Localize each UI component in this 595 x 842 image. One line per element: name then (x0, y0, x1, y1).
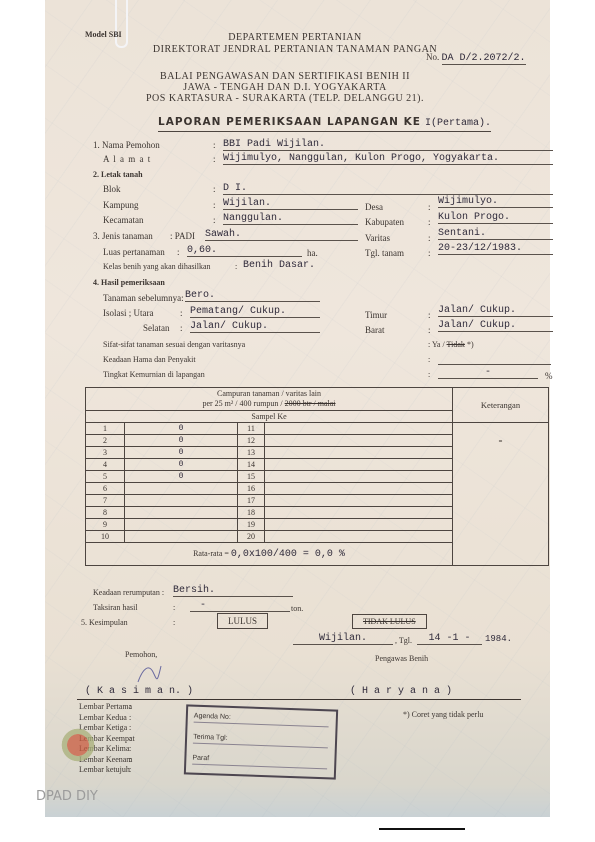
rata-label: Rata-rata = (193, 549, 229, 558)
rata-value: 0,0x100/400 = 0,0 % (231, 549, 345, 560)
taksiran-unit: ton. (291, 604, 303, 613)
kecamatan-label: Kecamatan (103, 215, 143, 225)
paperclip (115, 0, 128, 48)
sifat-label: Sifat-sifat tanaman sesuai dengan varita… (103, 340, 245, 349)
table-row: 1011 - (86, 423, 549, 435)
table-subheader-sampel: Sampel Ke (86, 411, 453, 423)
watermark: DPAD DIY (36, 789, 98, 804)
copy-item: Lembar Pertama (79, 702, 135, 713)
table-header-campuran: Campuran tanaman / varitas lain per 25 m… (86, 388, 453, 411)
utara-value: Pematang/ Cukup. (190, 306, 320, 318)
barat-label: Barat (365, 325, 385, 335)
jenis-value: Sawah. (205, 229, 358, 241)
nama-value: BBI Padi Wijilan. (223, 139, 553, 151)
office-line1: BALAI PENGAWASAN DAN SERTIFIKASI BENIH I… (125, 71, 445, 82)
receipt-stamp: Agenda No: Terima Tgl: Paraf (184, 704, 338, 779)
sifat-value: : Ya / Tidak *) (428, 340, 474, 349)
timur-value: Jalan/ Cukup. (438, 305, 553, 317)
kabupaten-label: Kabupaten (365, 217, 404, 227)
doc-number-label: No. (426, 52, 439, 62)
pemohon-name: ( K a s i m a n. ) (85, 686, 193, 697)
blok-label: Blok (103, 184, 121, 194)
stamp-terima: Terima Tgl: (193, 734, 328, 749)
sebelumnya-label: Tanaman sebelumnya: (103, 293, 184, 303)
tgl-tanam-label: Tgl. tanam (365, 248, 404, 258)
kesimpulan-label: 5. Kesimpulan (81, 618, 128, 627)
header-directorate: DIREKTORAT JENDRAL PERTANIAN TANAMAN PAN… (145, 44, 445, 55)
alamat-value: Wijimulyo, Nanggulan, Kulon Progo, Yogya… (223, 153, 553, 165)
kampung-value: Wijilan. (223, 198, 358, 210)
selatan-value: Jalan/ Cukup. (190, 321, 320, 333)
report-title-label: LAPORAN PEMERIKSAAN LAPANGAN KE (158, 116, 421, 128)
isolasi-label: Isolasi ; Utara (103, 308, 153, 318)
report-title-value: I(Pertama). (425, 118, 491, 129)
lulus-box: LULUS (217, 613, 268, 629)
kemurnian-label: Tingkat Kemurnian di lapangan (103, 370, 205, 379)
kelas-label: Kelas benih yang akan dihasilkan (103, 262, 211, 271)
jenis-label: 3. Jenis tanaman (93, 231, 153, 241)
doc-number-value: DA D/2.2072/2. (442, 53, 526, 65)
alamat-label: A l a m a t (103, 154, 151, 164)
timur-label: Timur (365, 310, 387, 320)
hama-label: Keadaan Hama dan Penyakit (103, 355, 196, 364)
luas-value: 0,60. (187, 245, 302, 257)
rerumputan-value: Bersih. (173, 585, 293, 597)
tgl-tanam-value: 20-23/12/1983. (438, 243, 553, 255)
luas-unit: ha. (307, 248, 318, 258)
copy-item: Lembar Kedua (79, 713, 135, 724)
varitas-label: Varitas (365, 233, 390, 243)
form-code: Model SBI (85, 30, 122, 39)
tgl-label: , Tgl. (395, 636, 412, 645)
kelas-value: Benih Dasar. (243, 260, 315, 271)
pemohon-label: Pemohon, (125, 650, 157, 659)
pemohon-signature (135, 662, 165, 686)
kecamatan-value: Nanggulan. (223, 213, 358, 225)
pengawas-label: Pengawas Benih (375, 654, 428, 663)
varitas-value: Sentani. (438, 228, 553, 240)
document-page: Model SBI DEPARTEMEN PERTANIAN DIREKTORA… (45, 0, 550, 817)
blok-value: D I. (223, 183, 553, 195)
desa-label: Desa (365, 202, 383, 212)
copy-item: Lembar ketujuh (79, 765, 135, 776)
luas-label: Luas pertanaman (103, 247, 165, 257)
selatan-label: Selatan (143, 323, 170, 333)
rerumputan-label: Keadaan rerumputan : (93, 588, 164, 597)
desa-value: Wijimulyo. (438, 196, 553, 208)
kemurnian-value: - (438, 367, 538, 379)
footnote: *) Coret yang tidak perlu (403, 710, 483, 719)
kemurnian-unit: % (545, 371, 553, 381)
taksiran-value: - (190, 600, 290, 612)
kampung-label: Kampung (103, 200, 139, 210)
jenis-prefix: PADI (175, 231, 195, 241)
sebelumnya-value: Bero. (185, 290, 320, 302)
stamp-agenda: Agenda No: (194, 713, 329, 728)
header-department: DEPARTEMEN PERTANIAN (195, 32, 395, 43)
sample-table: Campuran tanaman / varitas lain per 25 m… (85, 387, 549, 566)
table-header-keterangan: Keterangan (453, 388, 549, 423)
stamp-paraf: Paraf (192, 755, 327, 770)
hasil-heading: 4. Hasil pemeriksaan (93, 278, 165, 287)
emblem-stamp (59, 726, 97, 764)
nama-label: 1. Nama Pemohon (93, 140, 160, 150)
tidak-lulus-box: TIDAK LULUS (352, 614, 427, 629)
digital-signature-line (379, 828, 465, 830)
kabupaten-value: Kulon Progo. (438, 212, 553, 224)
hama-value (438, 364, 551, 365)
divider (77, 699, 521, 700)
barat-value: Jalan/ Cukup. (438, 320, 553, 332)
letak-heading: 2. Letak tanah (93, 170, 143, 179)
sign-year: 1984. (485, 634, 512, 644)
office-line3: POS KARTASURA - SURAKARTA (TELP. DELANGG… (105, 93, 465, 104)
taksiran-label: Taksiran hasil (93, 603, 138, 612)
report-title: LAPORAN PEMERIKSAAN LAPANGAN KE I(Pertam… (158, 112, 491, 132)
sign-date: 14 -1 - (417, 633, 482, 645)
pengawas-name: ( H a r y a n a ) (350, 686, 452, 697)
doc-number: No. DA D/2.2072/2. (426, 52, 526, 64)
place-value: Wijilan. (293, 633, 393, 645)
office-line2: JAWA - TENGAH DAN D.I. YOGYAKARTA (125, 82, 445, 93)
keterangan-value: - (453, 423, 549, 566)
